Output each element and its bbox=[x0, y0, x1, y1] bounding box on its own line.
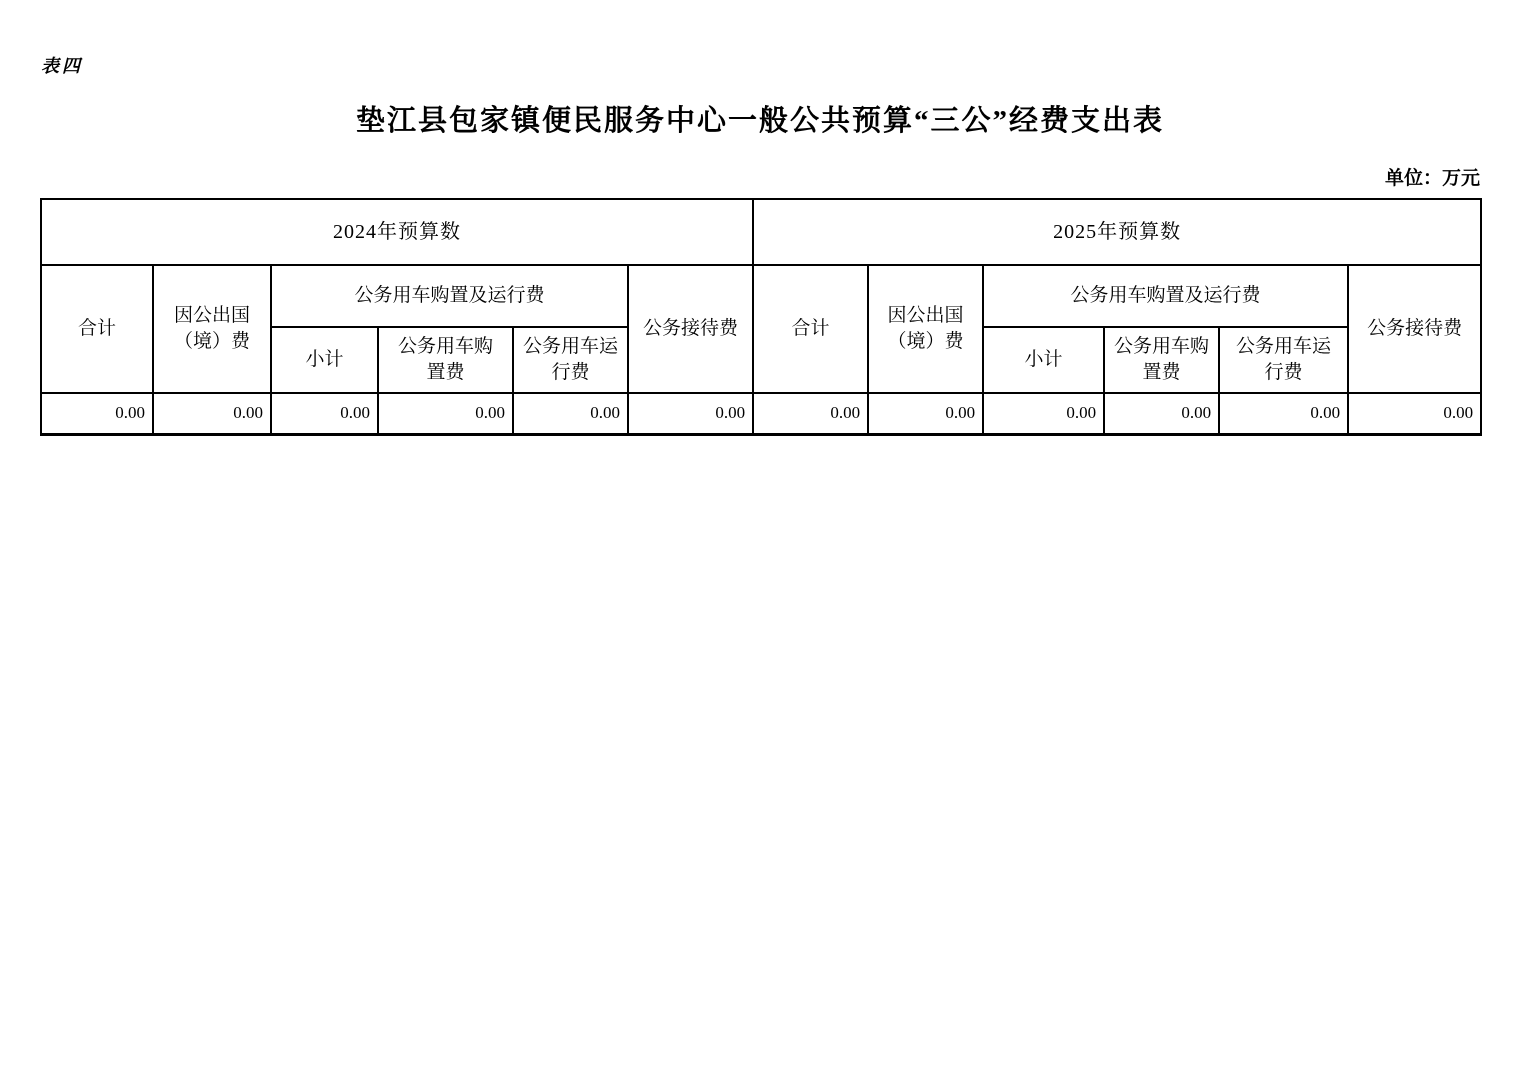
col-header-vehicle-group-2024: 公务用车购置及运行费 bbox=[271, 265, 628, 327]
col-header-purchase-2025: 公务用车购 置费 bbox=[1104, 327, 1219, 393]
value-subtotal-2024: 0.00 bbox=[271, 393, 378, 434]
col-header-purchase-2024: 公务用车购 置费 bbox=[378, 327, 513, 393]
value-total-2025: 0.00 bbox=[753, 393, 868, 434]
page-title: 垫江县包家镇便民服务中心一般公共预算“三公”经费支出表 bbox=[0, 98, 1520, 139]
col-header-vehicle-group-2025: 公务用车购置及运行费 bbox=[983, 265, 1348, 327]
document-page: 表四 垫江县包家镇便民服务中心一般公共预算“三公”经费支出表 单位：万元 202… bbox=[0, 0, 1520, 1074]
value-operation-2025: 0.00 bbox=[1219, 393, 1348, 434]
budget-table: 2024年预算数 2025年预算数 合计 因公出国 （境）费 公务用车购置及运行… bbox=[40, 198, 1482, 436]
col-header-operation-2025: 公务用车运 行费 bbox=[1219, 327, 1348, 393]
table-row: 0.00 0.00 0.00 0.00 0.00 0.00 0.00 0.00 … bbox=[41, 393, 1481, 434]
page-tag: 表四 bbox=[41, 52, 83, 78]
value-abroad-2025: 0.00 bbox=[868, 393, 983, 434]
col-header-total-2025: 合计 bbox=[753, 265, 868, 393]
col-header-operation-2024: 公务用车运 行费 bbox=[513, 327, 628, 393]
col-header-subtotal-2024: 小计 bbox=[271, 327, 378, 393]
col-header-reception-2024: 公务接待费 bbox=[628, 265, 753, 393]
col-header-abroad-2024: 因公出国 （境）费 bbox=[153, 265, 271, 393]
year-header-2024: 2024年预算数 bbox=[41, 199, 753, 265]
value-reception-2025: 0.00 bbox=[1348, 393, 1481, 434]
col-header-total-2024: 合计 bbox=[41, 265, 153, 393]
value-operation-2024: 0.00 bbox=[513, 393, 628, 434]
value-purchase-2024: 0.00 bbox=[378, 393, 513, 434]
unit-label: 单位：万元 bbox=[1385, 163, 1480, 190]
value-reception-2024: 0.00 bbox=[628, 393, 753, 434]
col-header-subtotal-2025: 小计 bbox=[983, 327, 1104, 393]
year-header-2025: 2025年预算数 bbox=[753, 199, 1481, 265]
col-header-reception-2025: 公务接待费 bbox=[1348, 265, 1481, 393]
value-subtotal-2025: 0.00 bbox=[983, 393, 1104, 434]
col-header-abroad-2025: 因公出国 （境）费 bbox=[868, 265, 983, 393]
value-abroad-2024: 0.00 bbox=[153, 393, 271, 434]
value-total-2024: 0.00 bbox=[41, 393, 153, 434]
value-purchase-2025: 0.00 bbox=[1104, 393, 1219, 434]
